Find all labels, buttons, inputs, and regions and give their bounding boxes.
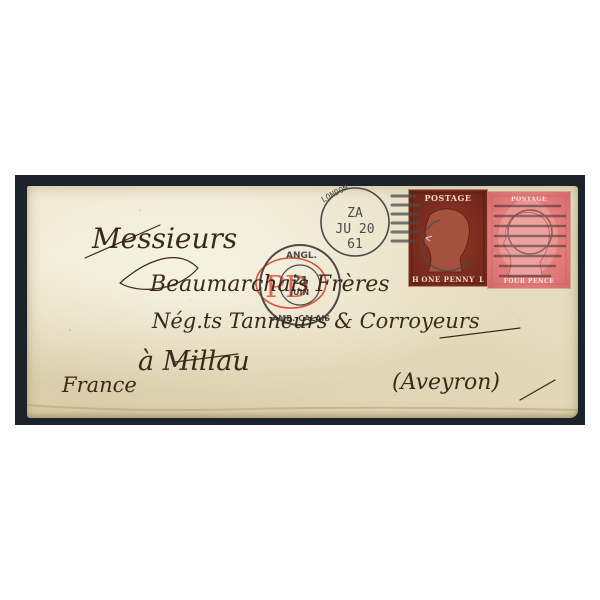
- pen-flourishes: [0, 0, 600, 600]
